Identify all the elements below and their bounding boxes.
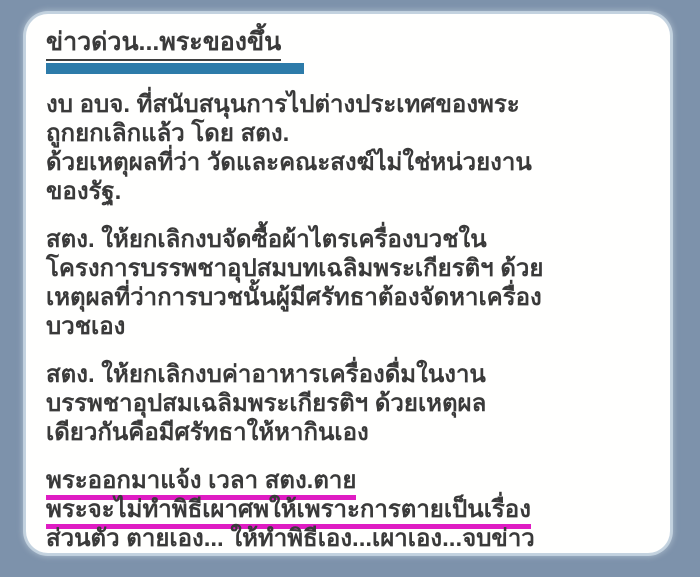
underlined-text: ส่วนตัว ตายเอง... ให้ทำพิธีเอง...เผาเอง.… bbox=[46, 525, 462, 553]
underlined-line: พระจะไม่ทำพิธีเผาศพให้เพราะการตายเป็นเรื… bbox=[46, 495, 652, 524]
paragraph-line: เหตุผลที่ว่าการบวชนั้นผู้มีศรัทธาต้องจัด… bbox=[46, 283, 652, 312]
underlined-line: ส่วนตัว ตายเอง... ให้ทำพิธีเอง...เผาเอง.… bbox=[46, 524, 652, 553]
paragraph-line: บรรพชาอุปสมเฉลิมพระเกียรติฯ ด้วยเหตุผล bbox=[46, 389, 652, 418]
paragraph-line: สตง. ให้ยกเลิกงบจัดซื้อผ้าไตรเครื่องบวชใ… bbox=[46, 225, 652, 254]
title-block: ข่าวด่วน...พระของขึ้น bbox=[46, 27, 652, 74]
paragraph-line: เดียวกันคือมีศรัทธาให้หากินเอง bbox=[46, 418, 652, 447]
paragraph-line: ของรัฐ. bbox=[46, 177, 652, 206]
paragraph-line: ด้วยเหตุผลที่ว่า วัดและคณะสงฆ์ไม่ใช่หน่ว… bbox=[46, 148, 652, 177]
paragraph-line: โครงการบรรพชาอุปสมบทเฉลิมพระเกียรติฯ ด้ว… bbox=[46, 254, 652, 283]
title-highlight-bar bbox=[46, 63, 304, 74]
paragraph-budget-travel: งบ อบจ. ที่สนับสนุนการไปต่างประเทศของพระ… bbox=[46, 90, 652, 206]
plain-text: จบข่าว bbox=[462, 525, 535, 552]
paragraph-ordination-robes: สตง. ให้ยกเลิกงบจัดซื้อผ้าไตรเครื่องบวชใ… bbox=[46, 225, 652, 341]
paragraph-line: ถูกยกเลิกแล้ว โดย สตง. bbox=[46, 119, 652, 148]
page-title: ข่าวด่วน...พระของขึ้น bbox=[46, 27, 281, 61]
paragraph-closing-underlined: พระออกมาแจ้ง เวลา สตง.ตาย พระจะไม่ทำพิธี… bbox=[46, 466, 652, 553]
paragraph-line: สตง. ให้ยกเลิกงบค่าอาหารเครื่องดื่มในงาน bbox=[46, 360, 652, 389]
paragraph-food-budget: สตง. ให้ยกเลิกงบค่าอาหารเครื่องดื่มในงาน… bbox=[46, 360, 652, 447]
underlined-line: พระออกมาแจ้ง เวลา สตง.ตาย bbox=[46, 466, 652, 495]
paragraph-line: งบ อบจ. ที่สนับสนุนการไปต่างประเทศของพระ bbox=[46, 90, 652, 119]
message-bubble: ข่าวด่วน...พระของขึ้น งบ อบจ. ที่สนับสนุ… bbox=[26, 14, 670, 553]
paragraph-line: บวชเอง bbox=[46, 312, 652, 341]
